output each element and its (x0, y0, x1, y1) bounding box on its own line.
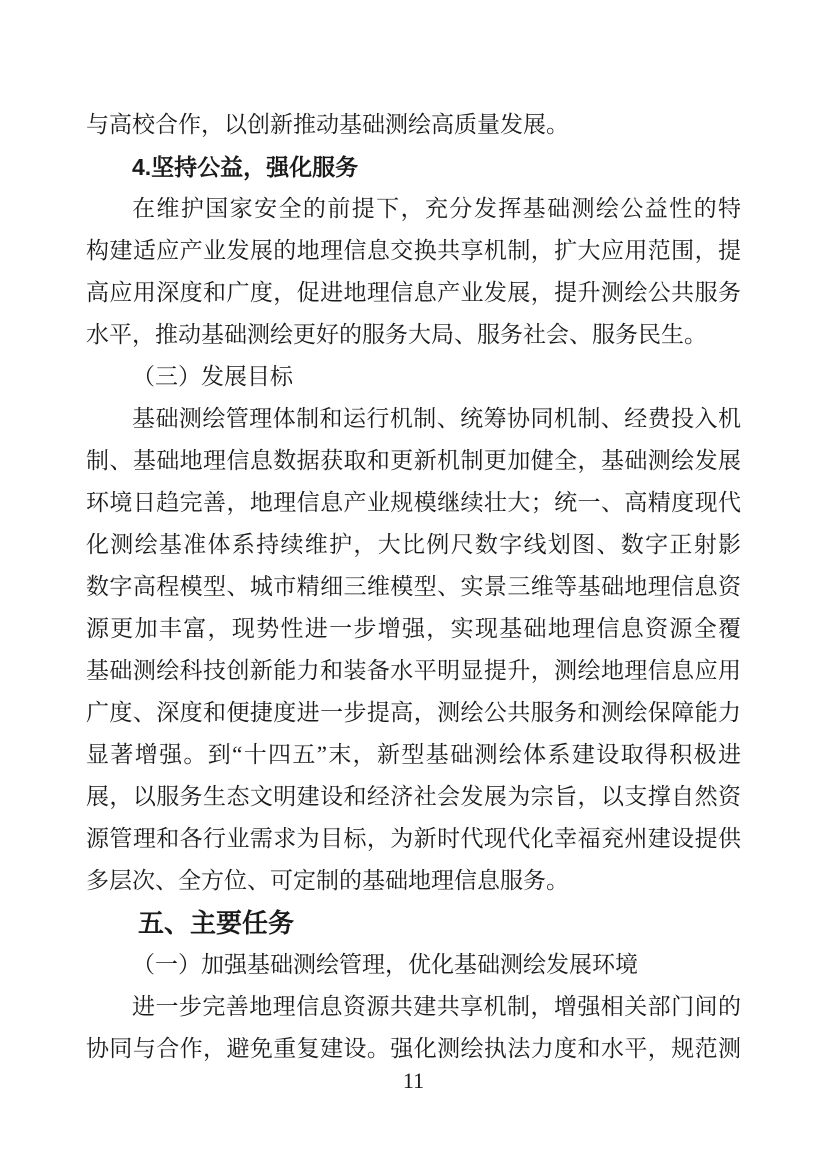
body-line: 环境日趋完善，地理信息产业规模继续壮大；统一、高精度现代 (86, 482, 741, 524)
body-line: 构建适应产业发展的地理信息交换共享机制，扩大应用范围，提 (86, 230, 741, 272)
body-line: 展，以服务生态文明建设和经济社会发展为宗旨，以支撑自然资 (86, 776, 741, 818)
body-line: 进一步完善地理信息资源共建共享机制，增强相关部门间的 (86, 986, 741, 1028)
subheading-4: 4.坚持公益，强化服务 (86, 146, 741, 188)
body-line: 与高校合作，以创新推动基础测绘高质量发展。 (86, 104, 741, 146)
body-line: 数字高程模型、城市精细三维模型、实景三维等基础地理信息资 (86, 566, 741, 608)
body-line: 高应用深度和广度，促进地理信息产业发展，提升测绘公共服务 (86, 272, 741, 314)
section-heading-3: （三）发展目标 (86, 356, 741, 398)
body-line: 源更加丰富，现势性进一步增强，实现基础地理信息资源全覆盖； (86, 608, 741, 650)
body-line: 协同与合作，避免重复建设。强化测绘执法力度和水平，规范测 (86, 1028, 741, 1070)
body-line: 基础测绘科技创新能力和装备水平明显提升，测绘地理信息应用 (86, 650, 741, 692)
page-number: 11 (0, 1068, 827, 1094)
body-line: 化测绘基准体系持续维护，大比例尺数字线划图、数字正射影像、 (86, 524, 741, 566)
document-page: 与高校合作，以创新推动基础测绘高质量发展。 4.坚持公益，强化服务 在维护国家安… (0, 0, 827, 1169)
chapter-heading-5: 五、主要任务 (86, 902, 741, 944)
subsection-heading-1: （一）加强基础测绘管理，优化基础测绘发展环境 (86, 944, 741, 986)
body-line: 多层次、全方位、可定制的基础地理信息服务。 (86, 860, 741, 902)
body-line: 制、基础地理信息数据获取和更新机制更加健全，基础测绘发展 (86, 440, 741, 482)
body-line: 显著增强。到“十四五”末，新型基础测绘体系建设取得积极进 (86, 734, 741, 776)
body-line: 在维护国家安全的前提下，充分发挥基础测绘公益性的特点， (86, 188, 741, 230)
body-line: 广度、深度和便捷度进一步提高，测绘公共服务和测绘保障能力 (86, 692, 741, 734)
body-line: 水平，推动基础测绘更好的服务大局、服务社会、服务民生。 (86, 314, 741, 356)
body-line: 源管理和各行业需求为目标，为新时代现代化幸福兖州建设提供 (86, 818, 741, 860)
body-line: 基础测绘管理体制和运行机制、统筹协同机制、经费投入机 (86, 398, 741, 440)
document-body: 与高校合作，以创新推动基础测绘高质量发展。 4.坚持公益，强化服务 在维护国家安… (86, 104, 741, 1070)
